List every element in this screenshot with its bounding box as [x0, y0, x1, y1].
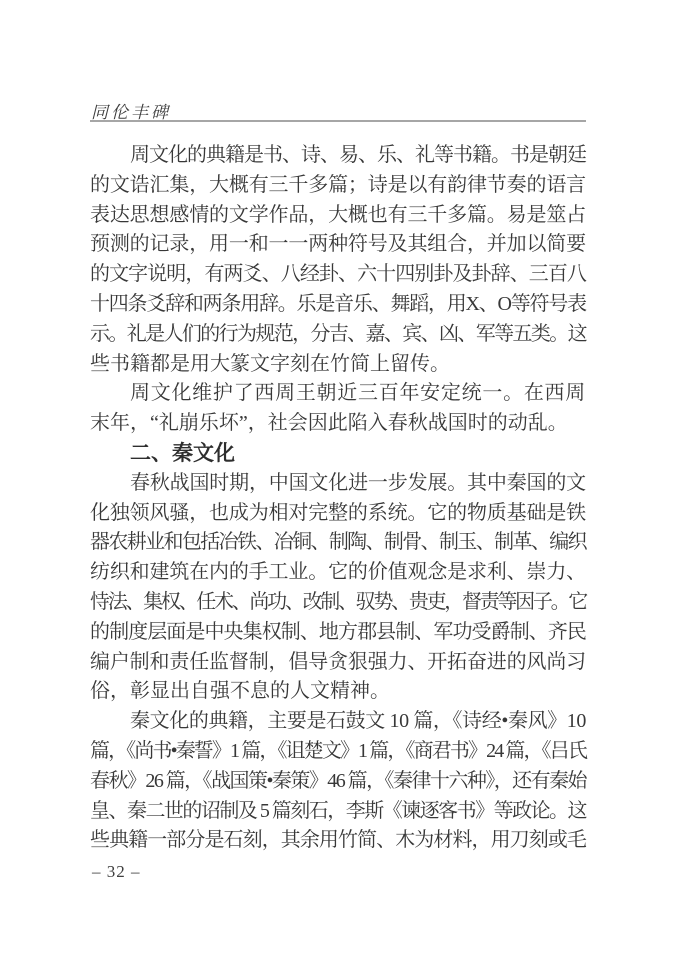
header-rule	[90, 120, 586, 122]
text-line: 皇、秦二世的诏制及 5 篇刻石，李斯《谏逐客书》等政论。这	[90, 797, 586, 827]
text-line: 的文诰汇集，大概有三千多篇；诗是以有韵律节奏的语言	[90, 171, 586, 201]
text-line: 的制度层面是中央集权制、地方郡县制、军功受爵制、齐民	[90, 618, 586, 648]
text-line: 预测的记录，用一和一一两种符号及其组合，并加以简要	[90, 230, 586, 260]
text-line: 十四条爻辞和两条用辞。乐是音乐、舞蹈，用X、O等符号表	[90, 290, 586, 320]
text-line: 编户制和责任监督制，倡导贪狠强力、开拓奋进的风尚习	[90, 648, 586, 678]
text-line: 器农耕业和包括冶铁、冶铜、制陶、制骨、制玉、制革、编织	[90, 528, 586, 558]
text-line: 周文化的典籍是书、诗、易、乐、礼等书籍。书是朝廷	[90, 141, 586, 171]
text-line: 周文化维护了西周王朝近三百年安定统一。在西周	[90, 379, 586, 409]
page-number: – 32 –	[92, 862, 141, 882]
page-body: 周文化的典籍是书、诗、易、乐、礼等书籍。书是朝廷 的文诰汇集，大概有三千多篇；诗…	[90, 141, 586, 856]
text-line: 的文字说明，有两爻、八经卦、六十四别卦及卦辞、三百八	[90, 260, 586, 290]
paragraph: 周文化维护了西周王朝近三百年安定统一。在西周 末年，“礼崩乐坏”，社会因此陷入春…	[90, 379, 586, 439]
paragraph: 周文化的典籍是书、诗、易、乐、礼等书籍。书是朝廷 的文诰汇集，大概有三千多篇；诗…	[90, 141, 586, 379]
text-line: 篇，《尚书•秦誓》1 篇，《诅楚文》1 篇，《商君书》24 篇，《吕氏	[90, 737, 586, 767]
text-line: 恃法、集权、任术、尚功、改制、驭势、贵吏，督责等因子。它	[90, 588, 586, 618]
text-line: 春秋战国时期，中国文化进一步发展。其中秦国的文	[90, 469, 586, 499]
text-line: 春秋》26 篇，《战国策•秦策》46 篇，《秦律十六种》，还有秦始	[90, 767, 586, 797]
text-line: 表达思想感情的文学作品，大概也有三千多篇。易是筮占	[90, 201, 586, 231]
text-line: 俗，彰显出自强不息的人文精神。	[90, 677, 586, 707]
scanned-book-page: 同伦丰碑 周文化的典籍是书、诗、易、乐、礼等书籍。书是朝廷 的文诰汇集，大概有三…	[0, 0, 692, 968]
text-line: 些书籍都是用大篆文字刻在竹简上留传。	[90, 350, 586, 380]
section-heading: 二、秦文化	[90, 439, 586, 469]
text-line: 示。礼是人们的行为规范，分吉、嘉、宾、凶、军等五类。这	[90, 320, 586, 350]
paragraph: 秦文化的典籍，主要是石鼓文 10 篇，《诗经•秦风》10 篇，《尚书•秦誓》1 …	[90, 707, 586, 856]
text-line: 末年，“礼崩乐坏”，社会因此陷入春秋战国时的动乱。	[90, 409, 586, 439]
text-line: 秦文化的典籍，主要是石鼓文 10 篇，《诗经•秦风》10	[90, 707, 586, 737]
text-line: 化独领风骚，也成为相对完整的系统。它的物质基础是铁	[90, 499, 586, 529]
text-line: 些典籍一部分是石刻，其余用竹简、木为材料，用刀刻或毛	[90, 826, 586, 856]
paragraph: 春秋战国时期，中国文化进一步发展。其中秦国的文 化独领风骚，也成为相对完整的系统…	[90, 469, 586, 707]
text-line: 纺织和建筑在内的手工业。它的价值观念是求利、崇力、	[90, 558, 586, 588]
